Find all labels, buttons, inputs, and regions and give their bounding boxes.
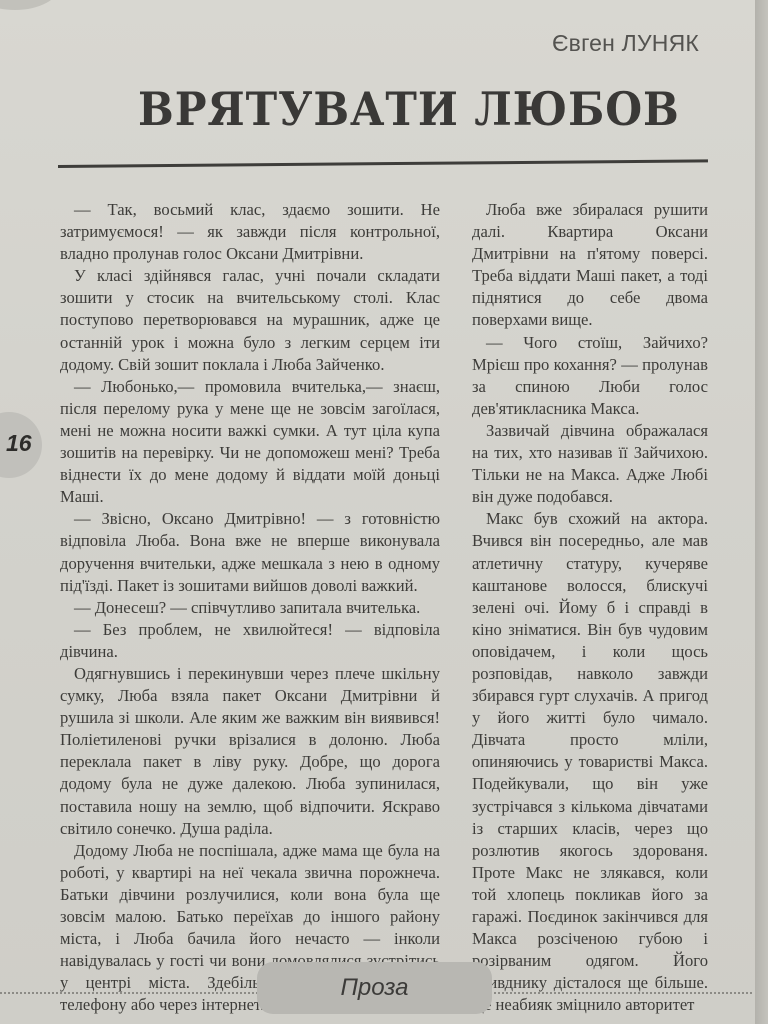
paragraph: — Так, восьмий клас, здаємо зошити. Не з… <box>60 199 440 265</box>
title-underline-divider <box>58 159 708 168</box>
article-title: ВРЯТУВАТИ ЛЮБОВ <box>138 82 680 136</box>
paragraph: У класі здійнявся галас, учні почали скл… <box>60 265 440 375</box>
paragraph: — Звісно, Оксано Дмитрівно! — з готовніс… <box>60 508 440 596</box>
author-name: Євген ЛУНЯК <box>552 30 699 57</box>
paragraph: — Чого стоїш, Зайчихо? Мрієш про кохання… <box>472 332 708 420</box>
paragraph: Зазвичай дівчина ображалася на тих, хто … <box>472 420 708 508</box>
paragraph: Одягнувшись і перекинувши через плече шк… <box>60 663 440 840</box>
text-column-right: Люба вже збиралася рушити далі. Квартира… <box>472 199 708 1016</box>
footer-dotted-line-left <box>0 992 258 994</box>
section-label-pill: Проза <box>257 962 492 1014</box>
paragraph: — Без проблем, не хвилюйтеся! — відповіл… <box>60 619 440 663</box>
magazine-page: Євген ЛУНЯК ВРЯТУВАТИ ЛЮБОВ 16 — Так, во… <box>0 0 755 1024</box>
paragraph: — Донесеш? — співчутливо запитала вчител… <box>60 597 440 619</box>
decorative-corner-circle <box>0 0 60 10</box>
page-number: 16 <box>6 430 32 457</box>
section-label: Проза <box>257 974 492 1002</box>
paragraph: — Любонько,— промовила вчителька,— знаєш… <box>60 376 440 509</box>
text-column-left: — Так, восьмий клас, здаємо зошити. Не з… <box>60 199 440 1016</box>
page-number-badge: 16 <box>0 412 42 478</box>
page-edge-shadow <box>755 0 768 1024</box>
paragraph: Люба вже збиралася рушити далі. Квартира… <box>472 199 708 332</box>
paragraph: Макс був схожий на актора. Вчився він по… <box>472 508 708 1016</box>
footer-dotted-line-right <box>490 992 752 994</box>
